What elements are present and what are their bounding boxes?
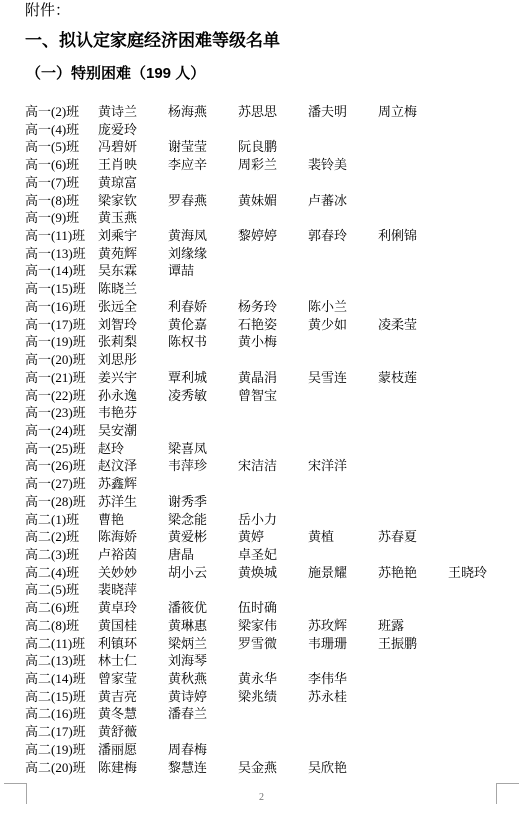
student-name: 潘丽愿: [98, 741, 168, 759]
student-name: 宋洋洋: [308, 457, 378, 475]
student-name: 郭春玲: [308, 227, 378, 245]
roster-row: 高一(7)班黄琼富: [25, 174, 515, 192]
student-name: 刘海琴: [168, 652, 238, 670]
student-name: 张莉梨: [98, 333, 168, 351]
roster-row: 高一(15)班陈晓兰: [25, 280, 515, 298]
subsection-title: （一）特别困难（199 人）: [26, 65, 205, 83]
class-label: 高二(3)班: [25, 546, 98, 564]
class-label: 高二(20)班: [25, 759, 98, 777]
roster-row: 高一(28)班苏洋生谢秀季: [25, 493, 515, 511]
class-label: 高一(27)班: [25, 475, 98, 493]
student-name: 吴雪连: [308, 369, 378, 387]
roster-row: 高一(6)班王肖映李应辛周彩兰裴铃美: [25, 156, 515, 174]
student-name: 裴晓萍: [98, 581, 168, 599]
roster-row: 高二(15)班黄吉亮黄诗婷梁兆绩苏永桂: [25, 688, 515, 706]
student-name: 黎慧连: [168, 759, 238, 777]
student-name: 黄诗婷: [168, 688, 238, 706]
class-label: 高一(20)班: [25, 351, 98, 369]
student-name: 吴金燕: [238, 759, 308, 777]
student-name: 姜兴宇: [98, 369, 168, 387]
student-name: 黄卓玲: [98, 599, 168, 617]
student-name: 谢秀季: [168, 493, 238, 511]
section-title: 一、拟认定家庭经济困难等级名单: [25, 31, 280, 51]
roster-row: 高二(20)班陈建梅黎慧连吴金燕吴欣艳: [25, 759, 515, 777]
student-name: 伍时确: [238, 599, 308, 617]
class-label: 高二(5)班: [25, 581, 98, 599]
student-name: 卢蕃冰: [308, 192, 378, 210]
student-name: 潘筱优: [168, 599, 238, 617]
student-name: 黄秋燕: [168, 670, 238, 688]
roster-row: 高二(19)班潘丽愿周春梅: [25, 741, 515, 759]
student-name: 张远全: [98, 298, 168, 316]
student-name: 苏思思: [238, 103, 308, 121]
student-name: 胡小云: [168, 564, 238, 582]
student-name: 周彩兰: [238, 156, 308, 174]
roster-row: 高一(8)班梁家钦罗春燕黄妹媚卢蕃冰: [25, 192, 515, 210]
student-name: 林士仁: [98, 652, 168, 670]
roster-row: 高一(21)班姜兴宇覃利城黄晶涓吴雪连蒙枝莲: [25, 369, 515, 387]
student-name: 李应辛: [168, 156, 238, 174]
class-label: 高二(6)班: [25, 599, 98, 617]
class-label: 高二(1)班: [25, 511, 98, 529]
class-label: 高一(13)班: [25, 245, 98, 263]
class-label: 高一(9)班: [25, 209, 98, 227]
roster-row: 高二(4)班关妙妙胡小云黄焕城施景耀苏艳艳王晓玲: [25, 564, 515, 582]
roster-row: 高二(16)班黄冬慧潘春兰: [25, 705, 515, 723]
student-name: 黄吉亮: [98, 688, 168, 706]
student-name: 陈小兰: [308, 298, 378, 316]
student-name: 陈晓兰: [98, 280, 168, 298]
class-label: 高二(8)班: [25, 617, 98, 635]
student-name: 黄爱彬: [168, 528, 238, 546]
roster-row: 高一(22)班孙永逸凌秀敏曾智宝: [25, 387, 515, 405]
student-name: 潘夫明: [308, 103, 378, 121]
student-name: 卓圣妃: [238, 546, 308, 564]
roster-row: 高一(24)班吴安潮: [25, 422, 515, 440]
roster-row: 高二(3)班卢裕茵唐晶卓圣妃: [25, 546, 515, 564]
student-name: 周立梅: [378, 103, 448, 121]
student-name: 庞爱玲: [98, 121, 168, 139]
student-name: 黄永华: [238, 670, 308, 688]
student-name: 罗雪微: [238, 635, 308, 653]
student-name: 梁兆绩: [238, 688, 308, 706]
student-name: 黄诗兰: [98, 103, 168, 121]
student-name: 陈海娇: [98, 528, 168, 546]
class-label: 高一(6)班: [25, 156, 98, 174]
student-name: 利俐锦: [378, 227, 448, 245]
class-label: 高二(17)班: [25, 723, 98, 741]
roster-row: 高二(17)班黄舒薇: [25, 723, 515, 741]
student-name: 梁家钦: [98, 192, 168, 210]
student-name: 赵汶泽: [98, 457, 168, 475]
student-name: 凌柔莹: [378, 316, 448, 334]
roster-row: 高二(5)班裴晓萍: [25, 581, 515, 599]
student-name: 黄妹媚: [238, 192, 308, 210]
roster-row: 高一(9)班黄玉燕: [25, 209, 515, 227]
student-name: 孙永逸: [98, 387, 168, 405]
student-name: 利镇环: [98, 635, 168, 653]
class-label: 高二(14)班: [25, 670, 98, 688]
student-name: 谢莹莹: [168, 138, 238, 156]
roster-row: 高二(14)班曾家莹黄秋燕黄永华李伟华: [25, 670, 515, 688]
student-name: 苏洋生: [98, 493, 168, 511]
roster-row: 高一(19)班张莉梨陈权书黄小梅: [25, 333, 515, 351]
student-name: 黄婷: [238, 528, 308, 546]
student-name: 周春梅: [168, 741, 238, 759]
student-name: 梁念能: [168, 511, 238, 529]
class-label: 高二(19)班: [25, 741, 98, 759]
student-name: 梁家伟: [238, 617, 308, 635]
student-name: 黄冬慧: [98, 705, 168, 723]
student-name: 韦艳芬: [98, 404, 168, 422]
student-name: 潘春兰: [168, 705, 238, 723]
student-name: 梁炳兰: [168, 635, 238, 653]
class-label: 高一(11)班: [25, 227, 98, 245]
student-name: 曾智宝: [238, 387, 308, 405]
student-name: 卢裕茵: [98, 546, 168, 564]
class-label: 高一(19)班: [25, 333, 98, 351]
roster-row: 高二(13)班林士仁刘海琴: [25, 652, 515, 670]
student-name: 刘思彤: [98, 351, 168, 369]
roster-row: 高二(6)班黄卓玲潘筱优伍时确: [25, 599, 515, 617]
class-label: 高一(17)班: [25, 316, 98, 334]
student-name: 凌秀敏: [168, 387, 238, 405]
student-name: 杨海燕: [168, 103, 238, 121]
student-name: 吴东霖: [98, 262, 168, 280]
roster-row: 高一(5)班冯碧妍谢莹莹阮良鹏: [25, 138, 515, 156]
student-name: 黄晶涓: [238, 369, 308, 387]
student-name: 关妙妙: [98, 564, 168, 582]
student-name: 杨务玲: [238, 298, 308, 316]
student-name: 黄小梅: [238, 333, 308, 351]
class-label: 高一(7)班: [25, 174, 98, 192]
student-name: 黎婷婷: [238, 227, 308, 245]
student-name: 阮良鹏: [238, 138, 308, 156]
student-name: 宋洁洁: [238, 457, 308, 475]
student-name: 黄玉燕: [98, 209, 168, 227]
student-name: 黄苑辉: [98, 245, 168, 263]
student-name: 黄伦嘉: [168, 316, 238, 334]
roster-row: 高一(16)班张远全利春娇杨务玲陈小兰: [25, 298, 515, 316]
roster-row: 高二(8)班黄国桂黄琳惠梁家伟苏玫辉班露: [25, 617, 515, 635]
student-name: 王肖映: [98, 156, 168, 174]
roster-row: 高一(27)班苏鑫辉: [25, 475, 515, 493]
student-name: 黄琼富: [98, 174, 168, 192]
student-name: 黄植: [308, 528, 378, 546]
student-name: 韦珊珊: [308, 635, 378, 653]
student-name: 黄焕城: [238, 564, 308, 582]
class-label: 高一(22)班: [25, 387, 98, 405]
roster-table: 高一(2)班黄诗兰杨海燕苏思思潘夫明周立梅高一(4)班庞爱玲高一(5)班冯碧妍谢…: [25, 103, 515, 776]
class-label: 高一(5)班: [25, 138, 98, 156]
student-name: 黄舒薇: [98, 723, 168, 741]
student-name: 梁喜凤: [168, 440, 238, 458]
student-name: 刘缘缘: [168, 245, 238, 263]
student-name: 谭喆: [168, 262, 238, 280]
class-label: 高一(24)班: [25, 422, 98, 440]
student-name: 蒙枝莲: [378, 369, 448, 387]
student-name: 刘乘宇: [98, 227, 168, 245]
attachment-label: 附件：: [25, 3, 70, 20]
class-label: 高一(25)班: [25, 440, 98, 458]
class-label: 高一(21)班: [25, 369, 98, 387]
student-name: 施景耀: [308, 564, 378, 582]
student-name: 黄海凤: [168, 227, 238, 245]
student-name: 黄琳惠: [168, 617, 238, 635]
class-label: 高一(2)班: [25, 103, 98, 121]
class-label: 高一(23)班: [25, 404, 98, 422]
student-name: 黄国桂: [98, 617, 168, 635]
student-name: 吴安潮: [98, 422, 168, 440]
class-label: 高一(14)班: [25, 262, 98, 280]
student-name: 苏春夏: [378, 528, 448, 546]
roster-row: 高二(11)班利镇环梁炳兰罗雪微韦珊珊王振鹏: [25, 635, 515, 653]
roster-row: 高一(17)班刘智玲黄伦嘉石艳姿黄少如凌柔莹: [25, 316, 515, 334]
roster-row: 高一(20)班刘思彤: [25, 351, 515, 369]
student-name: 李伟华: [308, 670, 378, 688]
student-name: 岳小力: [238, 511, 308, 529]
student-name: 黄少如: [308, 316, 378, 334]
roster-row: 高一(23)班韦艳芬: [25, 404, 515, 422]
roster-row: 高一(13)班黄苑辉刘缘缘: [25, 245, 515, 263]
student-name: 苏鑫辉: [98, 475, 168, 493]
student-name: 唐晶: [168, 546, 238, 564]
class-label: 高一(4)班: [25, 121, 98, 139]
student-name: 陈建梅: [98, 759, 168, 777]
class-label: 高二(16)班: [25, 705, 98, 723]
roster-row: 高一(14)班吴东霖谭喆: [25, 262, 515, 280]
student-name: 裴铃美: [308, 156, 378, 174]
student-name: 陈权书: [168, 333, 238, 351]
roster-row: 高一(4)班庞爱玲: [25, 121, 515, 139]
student-name: 罗春燕: [168, 192, 238, 210]
roster-row: 高二(2)班陈海娇黄爱彬黄婷黄植苏春夏: [25, 528, 515, 546]
student-name: 吴欣艳: [308, 759, 378, 777]
class-label: 高二(15)班: [25, 688, 98, 706]
class-label: 高一(28)班: [25, 493, 98, 511]
roster-row: 高二(1)班曹艳梁念能岳小力: [25, 511, 515, 529]
student-name: 苏永桂: [308, 688, 378, 706]
class-label: 高二(11)班: [25, 635, 98, 653]
roster-row: 高一(11)班刘乘宇黄海凤黎婷婷郭春玲利俐锦: [25, 227, 515, 245]
student-name: 苏玫辉: [308, 617, 378, 635]
roster-row: 高一(26)班赵汶泽韦萍珍宋洁洁宋洋洋: [25, 457, 515, 475]
student-name: 石艳姿: [238, 316, 308, 334]
class-label: 高二(2)班: [25, 528, 98, 546]
roster-row: 高一(25)班赵玲梁喜凤: [25, 440, 515, 458]
student-name: 苏艳艳: [378, 564, 448, 582]
document-page: 附件： 一、拟认定家庭经济困难等级名单 （一）特别困难（199 人） 高一(2)…: [0, 0, 523, 831]
class-label: 高一(26)班: [25, 457, 98, 475]
student-name: 韦萍珍: [168, 457, 238, 475]
class-label: 高二(4)班: [25, 564, 98, 582]
class-label: 高二(13)班: [25, 652, 98, 670]
class-label: 高一(16)班: [25, 298, 98, 316]
student-name: 赵玲: [98, 440, 168, 458]
student-name: 王晓玲: [448, 564, 518, 582]
student-name: 曹艳: [98, 511, 168, 529]
student-name: 曾家莹: [98, 670, 168, 688]
page-number: 2: [0, 792, 523, 804]
class-label: 高一(8)班: [25, 192, 98, 210]
student-name: 利春娇: [168, 298, 238, 316]
roster-row: 高一(2)班黄诗兰杨海燕苏思思潘夫明周立梅: [25, 103, 515, 121]
student-name: 刘智玲: [98, 316, 168, 334]
class-label: 高一(15)班: [25, 280, 98, 298]
student-name: 冯碧妍: [98, 138, 168, 156]
student-name: 班露: [378, 617, 448, 635]
student-name: 王振鹏: [378, 635, 448, 653]
student-name: 覃利城: [168, 369, 238, 387]
